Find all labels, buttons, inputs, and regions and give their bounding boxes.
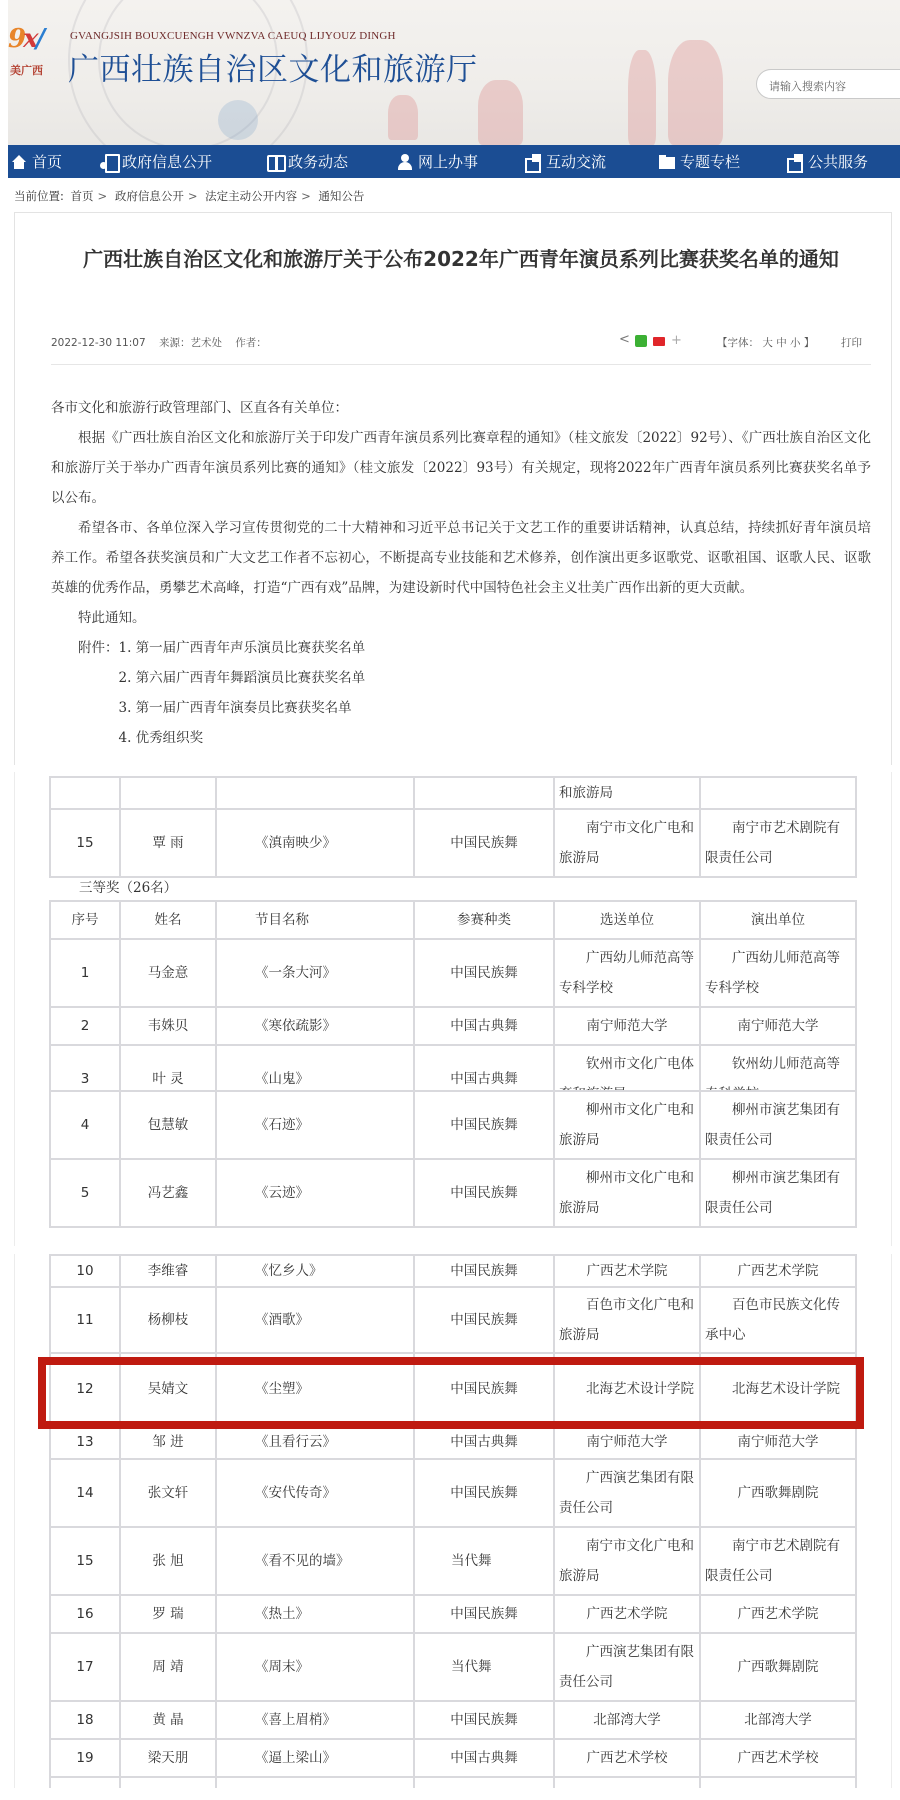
cell-no: 5	[50, 1159, 120, 1227]
award-table-fragment: 和旅游局 15 覃 雨 《滇南映少》 中国民族舞 南宁市文化广电和旅游局 南宁市…	[14, 772, 892, 1090]
breadcrumb-separator: >	[188, 189, 198, 203]
cell-program: 《石迹》	[216, 1091, 414, 1159]
cell-program: 《滇南映少》	[216, 809, 414, 877]
table-row: 1 马金意 《一条大河》 中国民族舞 广西幼儿师范高等专科学校 广西幼儿师范高等…	[50, 939, 856, 1007]
cell-performer: 百色市民族文化传承中心	[700, 1287, 856, 1353]
cell-no: 14	[50, 1459, 120, 1527]
cell-type: 中国民族舞	[414, 809, 554, 877]
cell-unit: 南宁市文化广电和旅游局	[554, 809, 700, 877]
cell-no: 1	[50, 939, 120, 1007]
cell-performer: 钦州幼儿师范高等专科学校	[700, 1045, 856, 1090]
cell-performer: 北海艺术设计学院	[700, 1353, 856, 1425]
logo-text: 美广西	[10, 62, 43, 78]
attachment-link[interactable]: 1. 第一届广西青年声乐演员比赛获奖名单	[119, 640, 366, 656]
table-row: 13 邹 进 《且看行云》 中国古典舞 南宁师范大学 南宁师范大学	[50, 1425, 856, 1459]
table-row: 11 杨柳枝 《酒歌》 中国民族舞 百色市文化广电和旅游局 百色市民族文化传承中…	[50, 1287, 856, 1353]
table-row: 17 周 靖 《周末》 当代舞 广西演艺集团有限责任公司 广西歌舞剧院	[50, 1633, 856, 1701]
award-table-fragment: 10 李维睿 《忆乡人》 中国民族舞 广西艺术学院 广西艺术学院 11 杨柳枝 …	[14, 1254, 892, 1800]
cell-unit: 和旅游局	[554, 777, 700, 809]
nav-label: 首页	[32, 151, 62, 172]
cell-no: 18	[50, 1701, 120, 1739]
cell-no: 13	[50, 1425, 120, 1459]
third-prize-label: 三等奖（26名）	[79, 876, 177, 896]
cell-type: 中国民族舞	[414, 939, 554, 1007]
nav-item-gov-news[interactable]: 政务动态	[266, 145, 348, 178]
article-author: 作者：	[235, 337, 267, 349]
chat-icon	[786, 154, 804, 170]
cell-type: 当代舞	[414, 1527, 554, 1595]
publish-date: 2022-12-30 11:07	[51, 337, 146, 349]
table-row: 14 张文轩 《安代传奇》 中国民族舞 广西演艺集团有限责任公司 广西歌舞剧院	[50, 1459, 856, 1527]
font-size-control: 【字体： 大 中 小 】	[717, 335, 814, 350]
table-row-highlighted: 12 吴婧文 《尘塑》 中国民族舞 北海艺术设计学院 北海艺术设计学院	[50, 1353, 856, 1425]
cell-name: 张 旭	[120, 1527, 216, 1595]
cell-type: 中国民族舞	[414, 1353, 554, 1425]
cell-no: 19	[50, 1739, 120, 1777]
cell-name: 邹 进	[120, 1425, 216, 1459]
cell-no: 11	[50, 1287, 120, 1353]
logo-mark-icon: 9x/	[8, 24, 56, 54]
cell-no: 3	[50, 1045, 120, 1090]
font-size-medium[interactable]: 中	[776, 337, 787, 349]
nav-label: 政府信息公开	[122, 151, 212, 172]
cell-performer: 南宁市艺术剧院有限责任公司	[700, 809, 856, 877]
cell-type: 中国民族舞	[414, 1255, 554, 1287]
nav-item-public-service[interactable]: 公共服务	[786, 145, 868, 178]
cell-type: 中国民族舞	[414, 1091, 554, 1159]
main-nav: 首页 政府信息公开 政务动态 网上办事 互动交流 专题专栏 公共服务	[8, 145, 900, 178]
nav-label: 公共服务	[808, 151, 868, 172]
nav-label: 互动交流	[546, 151, 606, 172]
share-bar: +	[619, 335, 682, 347]
cell-name: 包慧敏	[120, 1091, 216, 1159]
cell-unit: 南宁师范大学	[554, 1007, 700, 1045]
breadcrumb-separator: >	[98, 189, 108, 203]
cell-performer: 广西艺术学院	[700, 1595, 856, 1633]
cell-performer: 南宁市艺术剧院有限责任公司	[700, 1527, 856, 1595]
decorative-figure	[628, 50, 656, 145]
cell-program: 《逼上梁山》	[216, 1739, 414, 1777]
cell-unit: 广西艺术学校	[554, 1739, 700, 1777]
paragraph: 希望各市、各单位深入学习宣传贯彻党的二十大精神和习近平总书记关于文艺工作的重要讲…	[51, 513, 871, 603]
cell-type: 中国民族舞	[414, 1159, 554, 1227]
cell-no: 16	[50, 1595, 120, 1633]
cell-no: 10	[50, 1255, 120, 1287]
fragment-gap	[0, 1246, 900, 1254]
table-row: 19 梁天朋 《逼上梁山》 中国古典舞 广西艺术学校 广西艺术学校	[50, 1739, 856, 1777]
attachment-link[interactable]: 2. 第六届广西青年舞蹈演员比赛获奖名单	[78, 663, 871, 693]
table-header-row: 序号 姓名 节目名称 参赛种类 选送单位 演出单位	[50, 901, 856, 939]
cell-type: 中国民族舞	[414, 1701, 554, 1739]
cell-unit: 北部湾大学	[554, 1701, 700, 1739]
cell-no: 2	[50, 1007, 120, 1045]
font-size-label-close: 】	[804, 337, 815, 349]
cell-program: 《周末》	[216, 1633, 414, 1701]
table-row: 3 叶 灵 《山鬼》 中国古典舞 钦州市文化广电体育和旅游局 钦州幼儿师范高等专…	[50, 1045, 856, 1090]
header-performer: 演出单位	[700, 901, 856, 939]
cell-performer: 北部湾大学	[700, 1701, 856, 1739]
header-no: 序号	[50, 901, 120, 939]
cell-unit: 广西艺术学院	[554, 1255, 700, 1287]
attachment-link[interactable]: 4. 优秀组织奖	[78, 723, 871, 753]
breadcrumb: 当前位置: 首页> 政府信息公开> 法定主动公开内容> 通知公告	[14, 188, 367, 204]
decorative-figure	[668, 40, 723, 145]
table-row: 和旅游局	[50, 777, 856, 809]
cell-unit: 广西幼儿师范高等专科学校	[554, 939, 700, 1007]
table-row: 15 覃 雨 《滇南映少》 中国民族舞 南宁市文化广电和旅游局 南宁市艺术剧院有…	[50, 809, 856, 877]
site-title-en: GVANGJSIH BOUXCUENGH VWNZVA CAEUQ LIJYOU…	[70, 30, 396, 42]
book-icon	[266, 154, 284, 170]
font-size-small[interactable]: 小	[790, 337, 801, 349]
award-table-fragment: 4 包慧敏 《石迹》 中国民族舞 柳州市文化广电和旅游局 柳州市演艺集团有限责任…	[14, 1090, 892, 1246]
nav-label: 专题专栏	[680, 151, 740, 172]
cell-program: 《看不见的墙》	[216, 1527, 414, 1595]
site-logo[interactable]: 9x/ 美广西	[8, 20, 63, 80]
cell-program: 《酒歌》	[216, 1287, 414, 1353]
award-table: 10 李维睿 《忆乡人》 中国民族舞 广西艺术学院 广西艺术学院 11 杨柳枝 …	[49, 1254, 857, 1800]
cell-performer: 广西幼儿师范高等专科学校	[700, 939, 856, 1007]
nav-item-gov-info[interactable]: 政府信息公开	[100, 145, 212, 178]
salutation: 各市文化和旅游行政管理部门、区直各有关单位：	[51, 393, 871, 423]
cell-unit: 南宁市文化广电和旅游局	[554, 1527, 700, 1595]
cell-unit: 广西演艺集团有限责任公司	[554, 1633, 700, 1701]
cell-name: 黄 晶	[120, 1701, 216, 1739]
cell-no: 4	[50, 1091, 120, 1159]
cell-name: 冯艺鑫	[120, 1159, 216, 1227]
cell-name: 李维睿	[120, 1255, 216, 1287]
paragraph: 根据《广西壮族自治区文化和旅游厅关于印发广西青年演员系列比赛章程的通知》（桂文旅…	[51, 423, 871, 513]
cell-name: 罗 瑞	[120, 1595, 216, 1633]
font-size-label: 【字体：	[717, 337, 759, 349]
cell-type: 中国古典舞	[414, 1045, 554, 1090]
breadcrumb-separator: >	[301, 189, 311, 203]
cell-unit: 北海艺术设计学院	[554, 1353, 700, 1425]
table-row: 15 张 旭 《看不见的墙》 当代舞 南宁市文化广电和旅游局 南宁市艺术剧院有限…	[50, 1527, 856, 1595]
breadcrumb-home[interactable]: 首页	[71, 189, 94, 203]
breadcrumb-notices[interactable]: 通知公告	[318, 189, 364, 203]
cell-name: 张文轩	[120, 1459, 216, 1527]
nav-label: 政务动态	[288, 151, 348, 172]
cell-program: 《且看行云》	[216, 1425, 414, 1459]
cell-performer: 广西艺术学校	[700, 1739, 856, 1777]
award-table: 序号 姓名 节目名称 参赛种类 选送单位 演出单位 1 马金意 《一条大河》 中…	[49, 900, 857, 1090]
cell-type: 中国民族舞	[414, 1287, 554, 1353]
cell-name: 杨柳枝	[120, 1287, 216, 1353]
table-row: 4 包慧敏 《石迹》 中国民族舞 柳州市文化广电和旅游局 柳州市演艺集团有限责任…	[50, 1091, 856, 1159]
cell-program: 《山鬼》	[216, 1045, 414, 1090]
site-title[interactable]: 广西壮族自治区文化和旅游厅	[68, 44, 478, 89]
attachments: 附件：1. 第一届广西青年声乐演员比赛获奖名单 2. 第六届广西青年舞蹈演员比赛…	[51, 633, 871, 753]
cell-no: 17	[50, 1633, 120, 1701]
breadcrumb-gov-info[interactable]: 政府信息公开	[115, 189, 184, 203]
cell-name: 马金意	[120, 939, 216, 1007]
paragraph: 特此通知。	[51, 603, 871, 633]
cell-name: 梁天朋	[120, 1739, 216, 1777]
cell-performer: 广西歌舞剧院	[700, 1459, 856, 1527]
cell-program: 《热土》	[216, 1595, 414, 1633]
cell-performer: 柳州市演艺集团有限责任公司	[700, 1159, 856, 1227]
chat-icon	[524, 154, 542, 170]
cell-unit: 柳州市文化广电和旅游局	[554, 1091, 700, 1159]
cell-program: 《云迹》	[216, 1159, 414, 1227]
award-table: 4 包慧敏 《石迹》 中国民族舞 柳州市文化广电和旅游局 柳州市演艺集团有限责任…	[49, 1090, 857, 1228]
breadcrumb-label: 当前位置:	[14, 189, 64, 203]
cell-name: 周 靖	[120, 1633, 216, 1701]
nav-item-home[interactable]: 首页	[10, 145, 62, 178]
wechat-icon[interactable]	[635, 335, 647, 347]
header-type: 参赛种类	[414, 901, 554, 939]
table-row: 5 冯艺鑫 《云迹》 中国民族舞 柳州市文化广电和旅游局 柳州市演艺集团有限责任…	[50, 1159, 856, 1227]
table-row: 10 李维睿 《忆乡人》 中国民族舞 广西艺术学院 广西艺术学院	[50, 1255, 856, 1287]
cell-unit: 柳州市文化广电和旅游局	[554, 1159, 700, 1227]
cell-type: 当代舞	[414, 1633, 554, 1701]
cell-unit: 广西演艺集团有限责任公司	[554, 1459, 700, 1527]
cell-performer: 柳州市演艺集团有限责任公司	[700, 1091, 856, 1159]
share-icon[interactable]	[619, 335, 629, 347]
cell-no: 15	[50, 809, 120, 877]
attachment-link[interactable]: 3. 第一届广西青年演奏员比赛获奖名单	[78, 693, 871, 723]
cell-program: 《一条大河》	[216, 939, 414, 1007]
header-name: 姓名	[120, 901, 216, 939]
cell-type: 中国古典舞	[414, 1739, 554, 1777]
article-title: 广西壮族自治区文化和旅游厅关于公布2022年广西青年演员系列比赛获奖名单的通知	[51, 243, 871, 275]
cell-performer: 广西歌舞剧院	[700, 1633, 856, 1701]
cell-performer: 南宁师范大学	[700, 1425, 856, 1459]
attachments-label: 附件：	[78, 640, 119, 656]
nav-label: 网上办事	[418, 151, 478, 172]
cell-unit: 南宁师范大学	[554, 1425, 700, 1459]
article-meta: 2022-12-30 11:07 来源：艺术处 作者： + 【字体： 大 中 小…	[51, 335, 871, 365]
header-unit: 选送单位	[554, 901, 700, 939]
cell-program: 《寒依疏影》	[216, 1007, 414, 1045]
cell-type: 中国民族舞	[414, 1595, 554, 1633]
decorative-figure	[478, 80, 523, 145]
nav-item-online-service[interactable]: 网上办事	[396, 145, 478, 178]
cell-performer: 南宁师范大学	[700, 1007, 856, 1045]
cell-program: 《尘塑》	[216, 1353, 414, 1425]
cell-unit: 百色市文化广电和旅游局	[554, 1287, 700, 1353]
home-icon	[10, 154, 28, 170]
cell-unit: 钦州市文化广电体育和旅游局	[554, 1045, 700, 1090]
table-row: 16 罗 瑞 《热土》 中国民族舞 广西艺术学院 广西艺术学院	[50, 1595, 856, 1633]
fragment-gap	[0, 1788, 900, 1800]
site-banner: 9x/ 美广西 GVANGJSIH BOUXCUENGH VWNZVA CAEU…	[8, 0, 900, 145]
cell-program: 《安代传奇》	[216, 1459, 414, 1527]
print-button[interactable]: 打印	[841, 335, 862, 350]
cell-performer: 广西艺术学院	[700, 1255, 856, 1287]
cell-name: 吴婧文	[120, 1353, 216, 1425]
table-row: 18 黄 晶 《喜上眉梢》 中国民族舞 北部湾大学 北部湾大学	[50, 1701, 856, 1739]
cell-program: 《喜上眉梢》	[216, 1701, 414, 1739]
award-table: 和旅游局 15 覃 雨 《滇南映少》 中国民族舞 南宁市文化广电和旅游局 南宁市…	[49, 776, 857, 878]
cell-program: 《忆乡人》	[216, 1255, 414, 1287]
more-share-icon[interactable]: +	[671, 335, 682, 347]
cell-type: 中国古典舞	[414, 1007, 554, 1045]
cell-name: 覃 雨	[120, 809, 216, 877]
article-body: 各市文化和旅游行政管理部门、区直各有关单位： 根据《广西壮族自治区文化和旅游厅关…	[51, 393, 871, 753]
search-input[interactable]: 请输入搜索内容	[756, 69, 900, 99]
header-program: 节目名称	[216, 901, 414, 939]
cell-name: 韦姝贝	[120, 1007, 216, 1045]
table-row: 2 韦姝贝 《寒依疏影》 中国古典舞 南宁师范大学 南宁师范大学	[50, 1007, 856, 1045]
cell-type: 中国民族舞	[414, 1459, 554, 1527]
decorative-pattern	[218, 100, 258, 140]
article-container: 广西壮族自治区文化和旅游厅关于公布2022年广西青年演员系列比赛获奖名单的通知 …	[14, 212, 892, 765]
document-icon	[100, 154, 118, 170]
font-size-large[interactable]: 大	[762, 337, 773, 349]
cell-no: 15	[50, 1527, 120, 1595]
weibo-icon[interactable]	[653, 337, 665, 346]
folder-icon	[658, 154, 676, 170]
article-source: 来源：艺术处	[159, 337, 222, 349]
decorative-figure	[388, 95, 418, 140]
nav-item-interaction[interactable]: 互动交流	[524, 145, 606, 178]
cell-unit: 广西艺术学院	[554, 1595, 700, 1633]
cell-no: 12	[50, 1353, 120, 1425]
breadcrumb-statutory[interactable]: 法定主动公开内容	[205, 189, 297, 203]
cell-type: 中国古典舞	[414, 1425, 554, 1459]
person-icon	[396, 154, 414, 170]
cell-name: 叶 灵	[120, 1045, 216, 1090]
nav-item-special-topics[interactable]: 专题专栏	[658, 145, 740, 178]
